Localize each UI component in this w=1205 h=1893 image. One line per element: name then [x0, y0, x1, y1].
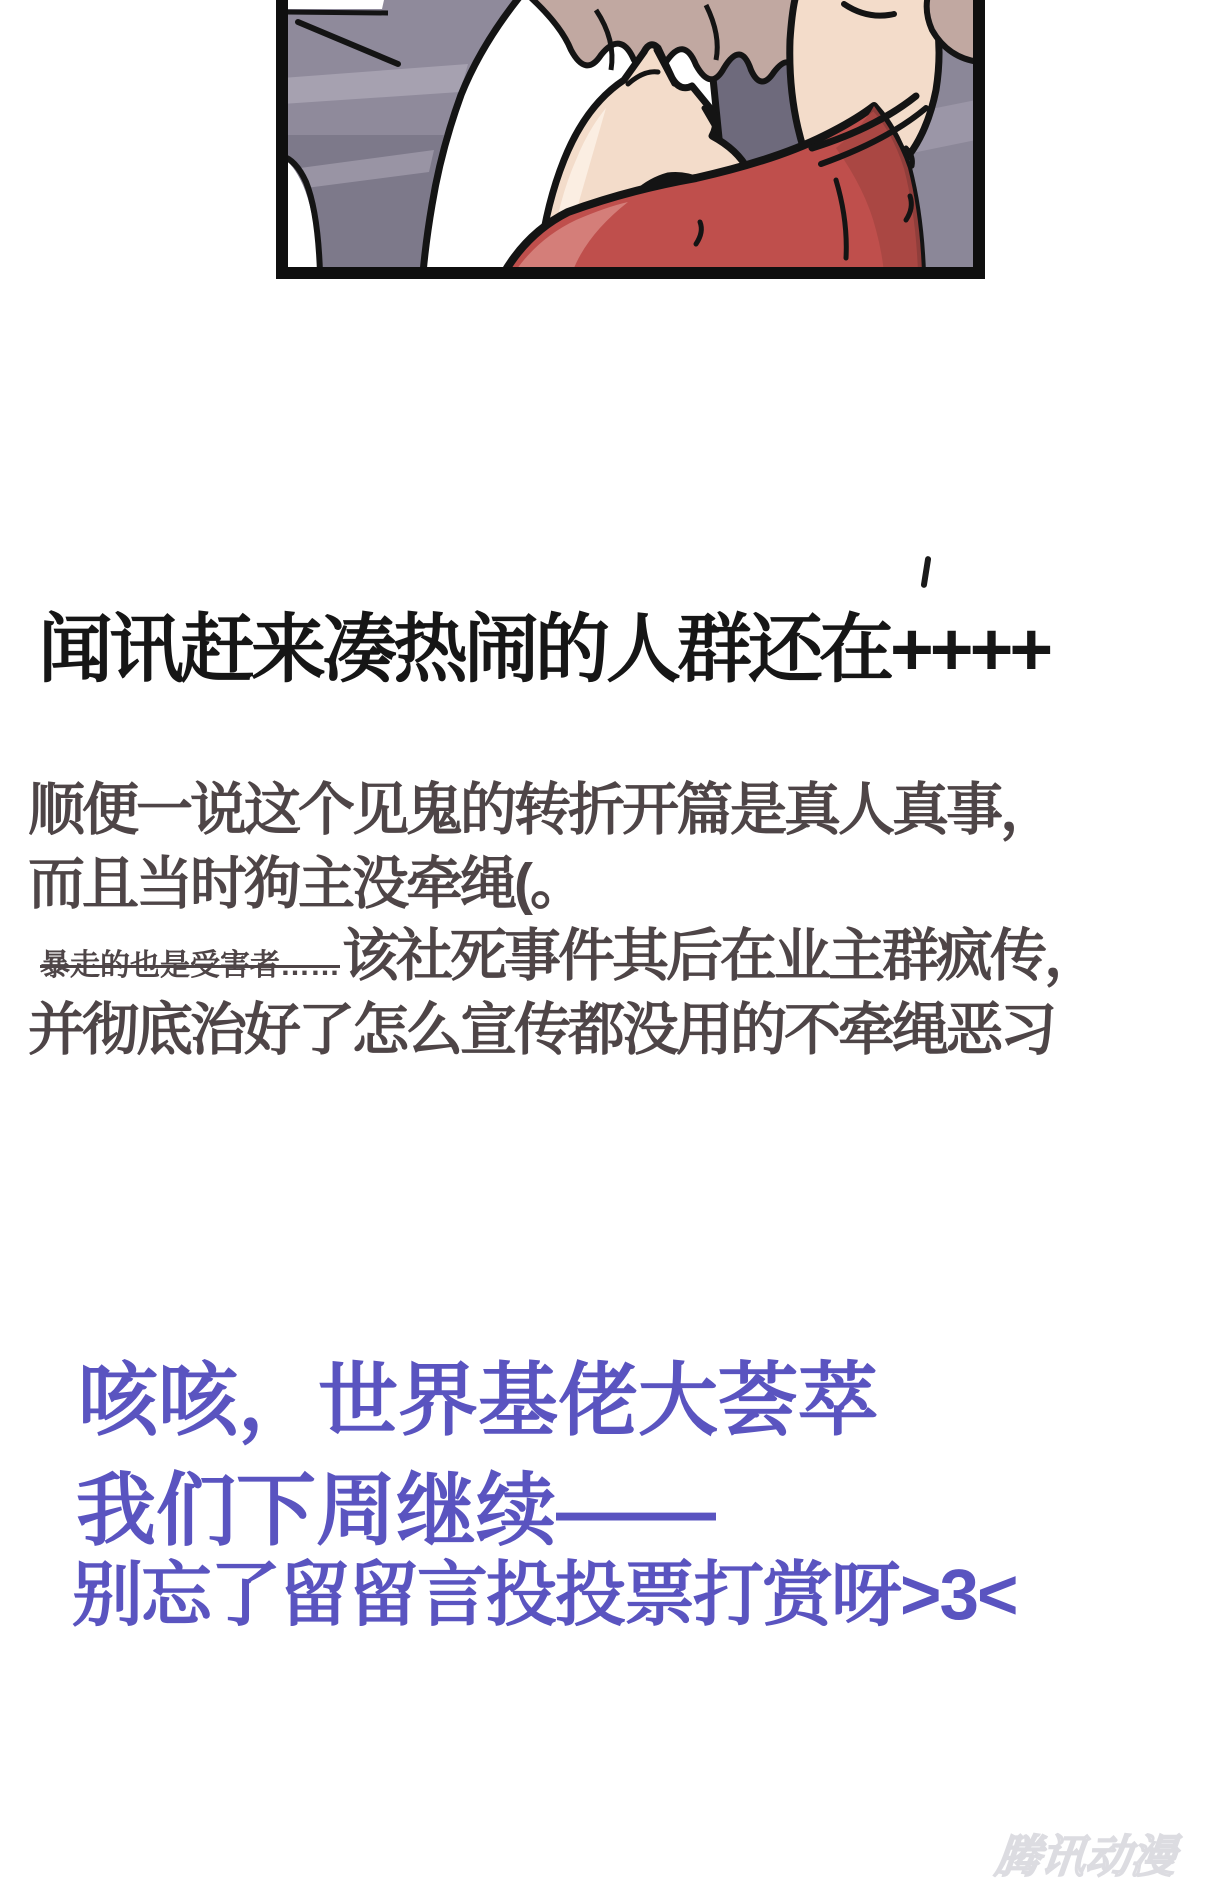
headline-text: 闻讯赶来凑热闹的人群还在++++	[38, 606, 1049, 692]
paragraph-line-1: 顺便一说这个见鬼的转折开篇是真人真事，	[28, 782, 1054, 839]
paragraph-strikethrough-note: 暴走的也是受害者……	[40, 951, 340, 981]
paragraph-line-3-main: 该社死事件其后在业主群疯传，	[342, 928, 1098, 985]
paragraph-line-4: 并彻底治好了怎么宣传都没用的不牵绳恶习	[28, 1002, 1054, 1059]
wall-top-line	[286, 12, 388, 13]
tencent-comics-watermark: 腾讯动漫	[993, 1820, 1180, 1885]
tick-mark	[921, 556, 932, 589]
handwritten-line-3: 别忘了留留言投投票打赏呀>3<	[72, 1538, 1016, 1640]
comic-panel	[276, 0, 985, 281]
handwritten-line-1: 咳咳，世界基佬大荟萃	[78, 1336, 878, 1451]
paragraph-line-2: 而且当时狗主没牵绳(。	[28, 856, 584, 913]
paragraph-line-3: 暴走的也是受害者…… 该社死事件其后在业主群疯传，	[40, 928, 1098, 985]
wall-top-sliver	[288, 0, 384, 9]
comic-page: 闻讯赶来凑热闹的人群还在++++ 顺便一说这个见鬼的转折开篇是真人真事， 而且当…	[0, 0, 1205, 1893]
